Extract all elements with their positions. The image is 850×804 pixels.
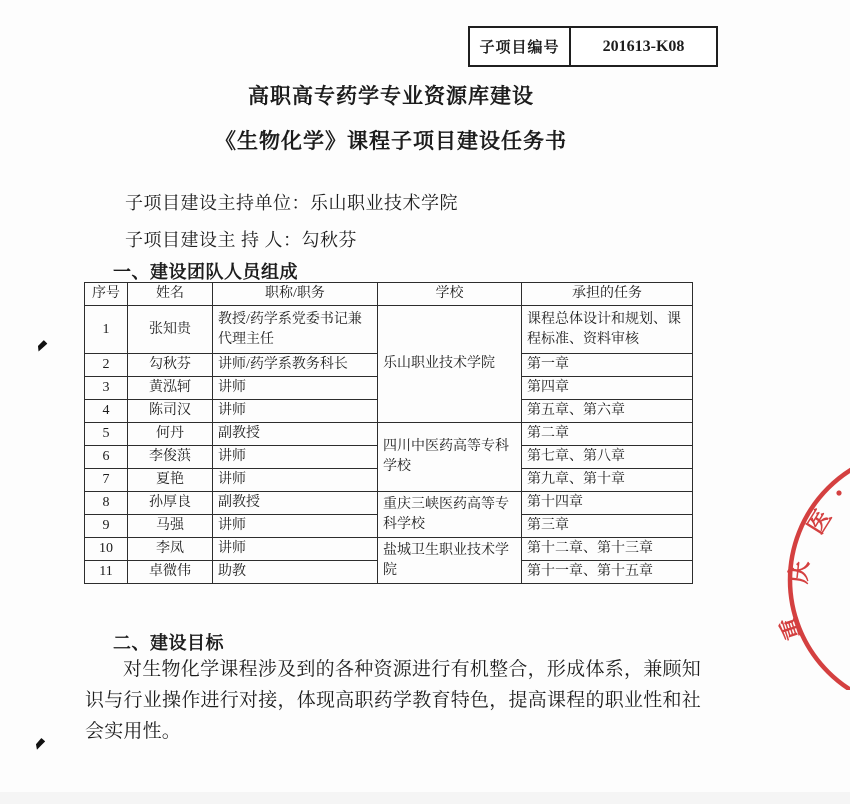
host-unit-line: 子项目建设主持单位：乐山职业技术学院 bbox=[125, 189, 458, 215]
cell-name: 陈司汉 bbox=[128, 400, 213, 423]
table-row: 10李凤讲师盐城卫生职业技术学院第十二章、第十三章 bbox=[85, 538, 693, 561]
section2-heading: 二、建设目标 bbox=[113, 629, 224, 655]
document-page: 子项目编号 201613-K08 高职高专药学专业资源库建设 《生物化学》课程子… bbox=[0, 0, 850, 804]
cell-title: 讲师 bbox=[213, 515, 378, 538]
cell-school: 四川中医药高等专科学校 bbox=[378, 423, 522, 492]
cell-name: 李凤 bbox=[128, 538, 213, 561]
cell-task: 第三章 bbox=[522, 515, 693, 538]
project-leader-line: 子项目建设主 持 人：勾秋芬 bbox=[125, 226, 357, 252]
cell-school: 乐山职业技术学院 bbox=[378, 306, 522, 423]
team-table: 序号姓名职称/职务学校承担的任务 1张知贵教授/药学系党委书记兼代理主任乐山职业… bbox=[84, 282, 693, 584]
cell-task: 第七章、第八章 bbox=[522, 446, 693, 469]
cell-name: 卓微伟 bbox=[128, 561, 213, 584]
document-title-line2: 《生物化学》课程子项目建设任务书 bbox=[85, 125, 697, 155]
table-row: 5何丹副教授四川中医药高等专科学校第二章 bbox=[85, 423, 693, 446]
table-row: 1张知贵教授/药学系党委书记兼代理主任乐山职业技术学院课程总体设计和规划、课程标… bbox=[85, 306, 693, 354]
goal-paragraph: 对生物化学课程涉及到的各种资源进行有机整合，形成体系，兼顾知识与行业操作进行对接… bbox=[85, 654, 701, 747]
cell-task: 第十四章 bbox=[522, 492, 693, 515]
document-title-line1: 高职高专药学专业资源库建设 bbox=[85, 80, 697, 110]
cell-no: 11 bbox=[85, 561, 128, 584]
project-code-label: 子项目编号 bbox=[470, 28, 569, 65]
cell-task: 第四章 bbox=[522, 377, 693, 400]
header-cell: 职称/职务 bbox=[213, 283, 378, 306]
cell-no: 10 bbox=[85, 538, 128, 561]
scan-speck-icon bbox=[37, 339, 48, 352]
cell-name: 夏艳 bbox=[128, 469, 213, 492]
cell-no: 4 bbox=[85, 400, 128, 423]
cell-no: 2 bbox=[85, 354, 128, 377]
header-cell: 姓名 bbox=[128, 283, 213, 306]
table-row: 8孙厚良副教授重庆三峡医药高等专科学校第十四章 bbox=[85, 492, 693, 515]
cell-no: 8 bbox=[85, 492, 128, 515]
header-cell: 承担的任务 bbox=[522, 283, 693, 306]
cell-title: 讲师 bbox=[213, 538, 378, 561]
red-seal-stamp-icon: 重庆医 bbox=[740, 430, 850, 690]
cell-title: 讲师 bbox=[213, 469, 378, 492]
cell-name: 何丹 bbox=[128, 423, 213, 446]
scan-speck-icon bbox=[36, 738, 46, 751]
cell-title: 讲师/药学系教务科长 bbox=[213, 354, 378, 377]
cell-title: 讲师 bbox=[213, 400, 378, 423]
cell-title: 讲师 bbox=[213, 446, 378, 469]
cell-task: 第九章、第十章 bbox=[522, 469, 693, 492]
cell-school: 盐城卫生职业技术学院 bbox=[378, 538, 522, 584]
table-header-row: 序号姓名职称/职务学校承担的任务 bbox=[85, 283, 693, 306]
cell-name: 张知贵 bbox=[128, 306, 213, 354]
cell-title: 副教授 bbox=[213, 492, 378, 515]
cell-no: 6 bbox=[85, 446, 128, 469]
cell-title: 助教 bbox=[213, 561, 378, 584]
cell-title: 教授/药学系党委书记兼代理主任 bbox=[213, 306, 378, 354]
header-cell: 序号 bbox=[85, 283, 128, 306]
cell-no: 1 bbox=[85, 306, 128, 354]
cell-no: 7 bbox=[85, 469, 128, 492]
cell-no: 5 bbox=[85, 423, 128, 446]
cell-name: 马强 bbox=[128, 515, 213, 538]
cell-name: 孙厚良 bbox=[128, 492, 213, 515]
cell-task: 第一章 bbox=[522, 354, 693, 377]
cell-school: 重庆三峡医药高等专科学校 bbox=[378, 492, 522, 538]
scan-shadow bbox=[0, 792, 850, 804]
cell-task: 课程总体设计和规划、课程标准、资料审核 bbox=[522, 306, 693, 354]
cell-title: 副教授 bbox=[213, 423, 378, 446]
cell-title: 讲师 bbox=[213, 377, 378, 400]
header-cell: 学校 bbox=[378, 283, 522, 306]
stamp-character: 庆 bbox=[785, 559, 813, 585]
cell-no: 9 bbox=[85, 515, 128, 538]
cell-name: 黄泓轲 bbox=[128, 377, 213, 400]
cell-task: 第十一章、第十五章 bbox=[522, 561, 693, 584]
cell-no: 3 bbox=[85, 377, 128, 400]
project-code-value: 201613-K08 bbox=[569, 28, 716, 65]
section1-heading: 一、建设团队人员组成 bbox=[113, 258, 298, 284]
project-code-box: 子项目编号 201613-K08 bbox=[468, 26, 718, 67]
cell-name: 勾秋芬 bbox=[128, 354, 213, 377]
cell-task: 第二章 bbox=[522, 423, 693, 446]
cell-name: 李俊葓 bbox=[128, 446, 213, 469]
cell-task: 第五章、第六章 bbox=[522, 400, 693, 423]
cell-task: 第十二章、第十三章 bbox=[522, 538, 693, 561]
